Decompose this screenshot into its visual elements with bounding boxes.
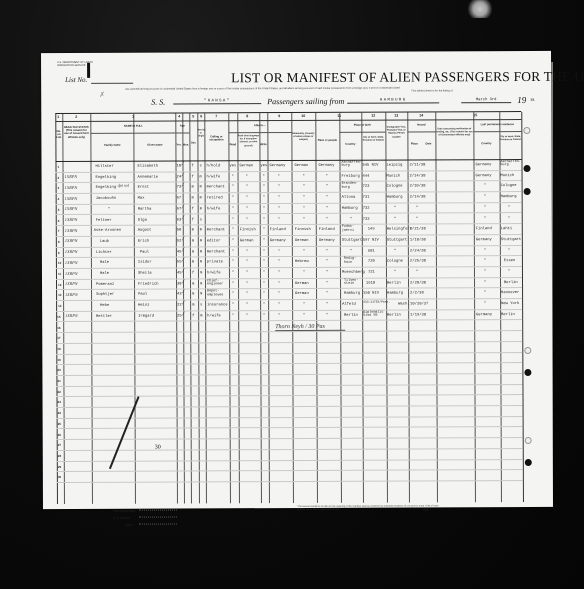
header-age-yrs: Yrs. (175, 143, 182, 146)
header-visa: Immigration Visa, Passport Visa, or Reen… (385, 127, 407, 140)
aliens-label: Aliens (125, 523, 133, 527)
sailing-from-label: Passengers sailing from (267, 97, 344, 106)
header-birth-country: Country (339, 143, 361, 146)
total-passengers-label: Total passengers (113, 509, 136, 513)
header-line-no: No. on List (55, 130, 62, 140)
scan-smudge (466, 0, 494, 18)
year-prefix: 19 (517, 95, 526, 105)
punch-hole (524, 188, 531, 195)
header-name-in-full: NAME IN FULL (91, 125, 175, 129)
manifest-instructions: ALL ALIENS arriving at a port of contine… (125, 86, 545, 91)
ship-line: S. S. "HANSA" Passengers sailing from HA… (151, 95, 551, 109)
manifest-sheet: U.S. DEPARTMENT OF LABOR IMMIGRATION SER… (41, 51, 553, 509)
passenger-table: 1 2 3 4 5 6 7 8 9 10 11 12 13 14 15 No. … (55, 111, 523, 503)
header-age-mos: Mos. (182, 143, 189, 146)
header-last-residence: Last permanent residence (473, 123, 521, 126)
table-row: 30 (57, 470, 523, 483)
header-res-country: Country (473, 142, 499, 145)
header-family-name: Family name (91, 144, 133, 147)
header-occupation: Calling or occupation (204, 135, 228, 142)
list-number-line (91, 83, 133, 84)
punch-hole (525, 437, 532, 444)
handwritten-count: 30 (155, 445, 161, 451)
header-age: Age (175, 124, 189, 127)
ship-name: "HANSA" (173, 99, 261, 104)
header-birth-city: City or town, State, Province or Distric… (361, 137, 385, 144)
manifest-instructions-2: This (white) sheet is for the listing of (411, 89, 452, 92)
header-issued-place: Place (407, 142, 421, 145)
punch-hole (525, 459, 532, 466)
punch-hole (524, 165, 531, 172)
header-res-city: City or town, State, Province or Distric… (499, 136, 521, 143)
header-place-of-birth: Place of birth (339, 124, 385, 127)
header-sex: Sex (189, 141, 197, 144)
header-write: Write (259, 143, 267, 146)
punch-hole (524, 347, 531, 354)
departure-date: March 3rd (461, 98, 511, 103)
header-given-name: Given name (134, 144, 175, 147)
ship-prefix: S. S. (151, 98, 165, 107)
list-number-label: List No. (65, 76, 87, 84)
header-married: Married or single (197, 129, 204, 139)
header-head-tax: HEAD-TAX STATUS (This column for use of … (63, 126, 89, 139)
header-able-to: Able to— (228, 124, 291, 127)
department-stamp: U.S. DEPARTMENT OF LABOR IMMIGRATION SER… (57, 61, 107, 67)
manifest-footer: Total passengers U. S. citizens Aliens *… (57, 503, 537, 535)
handwritten-signature: Thorn Neyh / 30 Pas (275, 324, 345, 331)
header-issued-date: Date (421, 142, 435, 145)
header-read: Read (228, 143, 237, 146)
manifest-title: LIST OR MANIFEST OF ALIEN PASSENGERS FOR… (231, 69, 584, 87)
punch-hole (523, 127, 530, 134)
departure-port: HAMBURG (347, 98, 439, 103)
punch-hole (524, 369, 531, 376)
column-headers: No. on List HEAD-TAX STATUS (This column… (55, 120, 521, 162)
header-issued: Issued (407, 123, 435, 126)
header-race: Race or people (315, 139, 339, 142)
header-verification: Data concerning verification of landing,… (435, 128, 473, 138)
pencil-mark: ✗ (99, 91, 105, 99)
stamp-bar (87, 63, 90, 78)
form-reference: I-515 (423, 509, 428, 511)
header-read-what: Read what language (or, if exemption cla… (237, 135, 259, 148)
year-suffix: 38. (530, 97, 535, 102)
us-citizens-label: U. S. citizens (113, 516, 130, 520)
header-nationality: Nationality. (Country of which citizen o… (291, 133, 315, 143)
